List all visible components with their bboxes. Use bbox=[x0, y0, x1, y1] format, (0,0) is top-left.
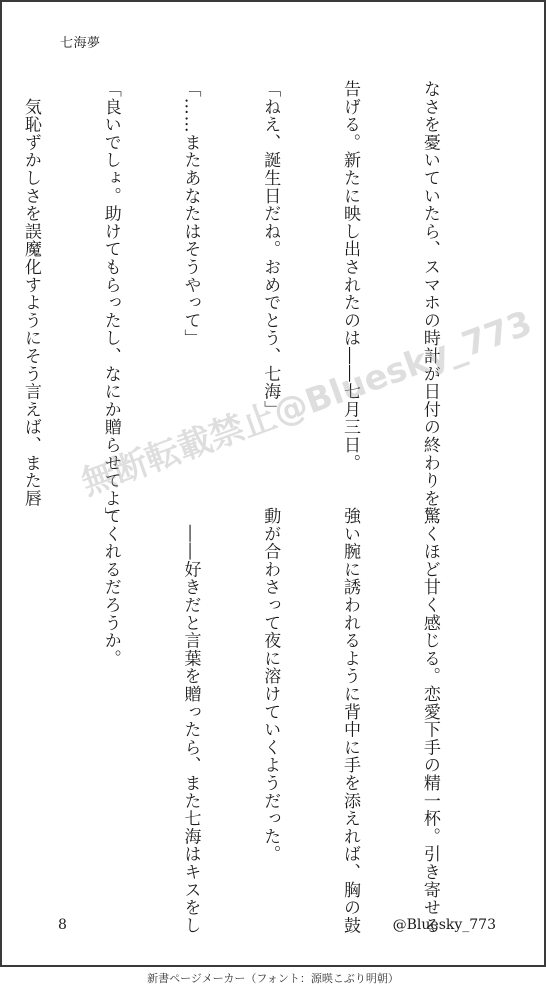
body-text-lower: 驚くほど甘く感じる。恋愛下手の精一杯。引き寄せる 強い腕に誘われるように背中に手… bbox=[0, 507, 496, 892]
text-line: なさを憂いていたら、スマホの時計が日付の終わりを bbox=[416, 80, 443, 460]
book-page: 七海夢 なさを憂いていたら、スマホの時計が日付の終わりを 告げる。新たに映し出さ… bbox=[0, 0, 546, 967]
text-line: 気恥ずかしさを誤魔化すようにそう言えば、また唇 bbox=[17, 80, 44, 460]
text-line: 「……またあなたはそうやって」 bbox=[177, 80, 204, 460]
text-line: 驚くほど甘く感じる。恋愛下手の精一杯。引き寄せる bbox=[416, 507, 443, 892]
text-line: 強い腕に誘われるように背中に手を添えれば、胸の鼓 bbox=[336, 507, 363, 892]
running-title: 七海夢 bbox=[60, 32, 101, 51]
body-text-upper: なさを憂いていたら、スマホの時計が日付の終わりを 告げる。新たに映し出されたのは… bbox=[0, 80, 496, 460]
author-handle: @Bluesky_773 bbox=[393, 917, 496, 933]
text-line: 動が合わさって夜に溶けていくようだった。 bbox=[257, 507, 284, 892]
text-line bbox=[17, 507, 44, 892]
text-line: 「ねえ、誕生日だね。おめでとう、七海」 bbox=[257, 80, 284, 460]
page-number: 8 bbox=[58, 917, 67, 933]
generator-caption: 新書ページメーカー（フォント：源暎こぶり明朝） bbox=[0, 970, 546, 986]
text-line: 告げる。新たに映し出されたのは――七月三日。 bbox=[336, 80, 363, 460]
text-line: ――好きだと言葉を贈ったら、また七海はキスをし bbox=[177, 507, 204, 892]
text-line: 「良いでしょ。助けてもらったし、なにか贈らせてよ」 bbox=[97, 80, 124, 460]
text-line: てくれるだろうか。 bbox=[97, 507, 124, 892]
